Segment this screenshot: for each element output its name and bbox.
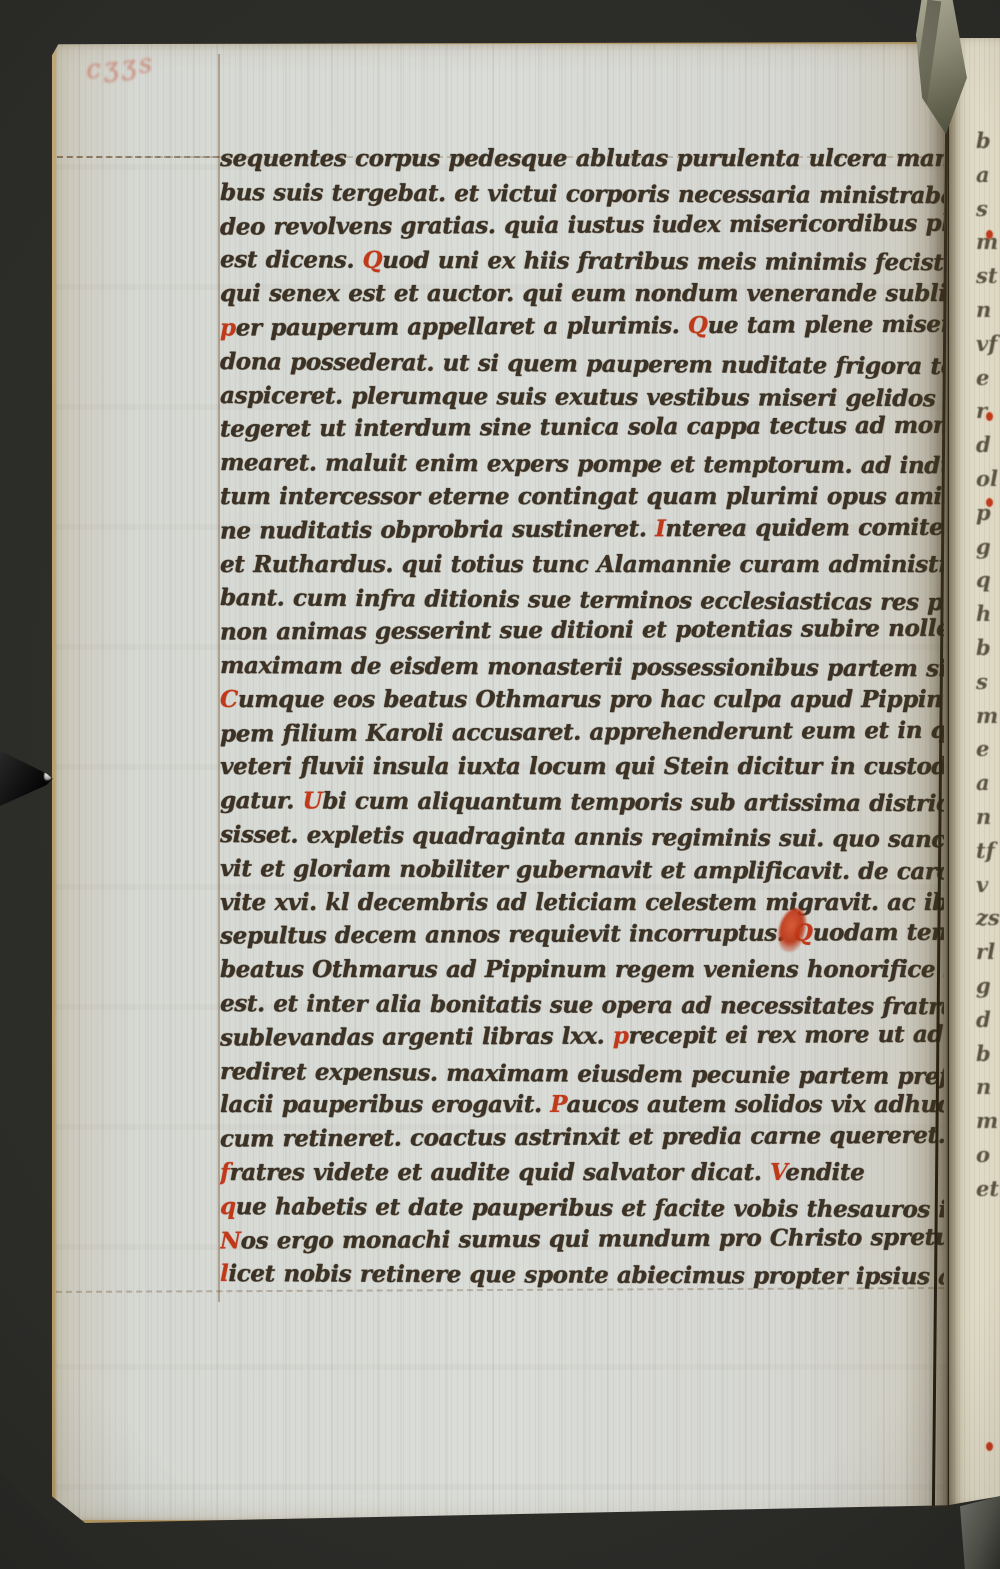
rubricated-initial: Q bbox=[363, 247, 383, 274]
manuscript-line: vit et gloriam nobiliter gubernavit et a… bbox=[220, 852, 944, 889]
page-holder-tip bbox=[0, 748, 58, 806]
photo-background: cʒʒs sequentes corpus pedesque ablutas p… bbox=[0, 0, 1000, 1569]
manuscript-line: sublevandas argenti libras lxx. precepit… bbox=[220, 1017, 944, 1055]
manuscript-line: rediret expensus. maximam eiusdem pecuni… bbox=[220, 1055, 944, 1094]
manuscript-line: sepultus decem annos requievit incorrupt… bbox=[220, 916, 944, 954]
book-gutter-shadow bbox=[903, 40, 949, 1508]
facing-page-rubric-dot bbox=[986, 412, 993, 421]
manuscript-line: Cumque eos beatus Othmarus pro hac culpa… bbox=[220, 683, 944, 717]
manuscript-line: Nos ergo monachi sumus qui mundum pro Ch… bbox=[220, 1220, 944, 1258]
rubricated-initial: N bbox=[220, 1227, 241, 1254]
rubricated-initial: q bbox=[220, 1193, 236, 1220]
manuscript-line: mearet. maluit enim expers pompe et temp… bbox=[220, 446, 944, 483]
rubricated-initial: I bbox=[655, 515, 666, 542]
manuscript-line: per pauperum appellaret a plurimis. Que … bbox=[220, 308, 944, 346]
manuscript-line: fratres videte et audite quid salvator d… bbox=[220, 1156, 944, 1190]
manuscript-line: qui senex est et auctor. qui eum nondum … bbox=[220, 277, 944, 311]
manuscript-page: cʒʒs sequentes corpus pedesque ablutas p… bbox=[52, 42, 948, 1523]
facing-page-rubric-dot bbox=[986, 1442, 993, 1451]
manuscript-line: beatus Othmarus ad Pippinum regem venien… bbox=[220, 953, 944, 987]
ruling-horizontal-top-margin bbox=[57, 156, 219, 158]
manuscript-line: pem filium Karoli accusaret. apprehender… bbox=[220, 713, 944, 751]
manuscript-line: ne nuditatis obprobria sustineret. Inter… bbox=[220, 510, 944, 548]
facing-page-text-glimpse: basmstnvferdolpgqhbsmeantfvzsrlgdbnmoet bbox=[976, 124, 1000, 1206]
manuscript-line: sequentes corpus pedesque ablutas purule… bbox=[220, 142, 944, 176]
manuscript-line: deo revolvens gratias. quia iustus iudex… bbox=[220, 206, 944, 244]
rubricated-initial: p bbox=[613, 1022, 629, 1049]
manuscript-line: gatur. Ubi cum aliquantum temporis sub a… bbox=[220, 784, 944, 821]
page-holder-glint bbox=[44, 770, 52, 782]
manuscript-line: non animas gesserint sue ditioni et pote… bbox=[220, 612, 944, 650]
manuscript-line: et Ruthardus. qui totius tunc Alamannie … bbox=[220, 548, 944, 582]
facing-page-rubric-dot bbox=[986, 498, 993, 507]
rubricated-initial: U bbox=[303, 788, 323, 815]
manuscript-line: tegeret ut interdum sine tunica sola cap… bbox=[220, 409, 944, 447]
rubricated-initial: V bbox=[770, 1159, 785, 1186]
text-block: sequentes corpus pedesque ablutas purule… bbox=[220, 142, 944, 1291]
manuscript-line: maximam de eisdem monasterii possessioni… bbox=[220, 649, 944, 686]
manuscript-line: licet nobis retinere que sponte abiecimu… bbox=[220, 1257, 944, 1294]
manuscript-line: lacii pauperibus erogavit. Paucos autem … bbox=[220, 1088, 944, 1122]
rubricated-initial: P bbox=[550, 1091, 566, 1118]
rubricated-initial: C bbox=[220, 686, 238, 713]
manuscript-line: est dicens. Quod uni ex hiis fratribus m… bbox=[220, 243, 944, 280]
facing-page-edge: basmstnvferdolpgqhbsmeantfvzsrlgdbnmoet bbox=[949, 38, 1000, 1505]
rubricated-initial: f bbox=[220, 1159, 230, 1186]
manuscript-line: vite xvi. kl decembris ad leticiam celes… bbox=[220, 886, 944, 920]
book-edge-corner bbox=[960, 1496, 1000, 1569]
manuscript-line: dona possederat. ut si quem pauperem nud… bbox=[220, 345, 944, 384]
rubricated-initial: Q bbox=[688, 312, 708, 339]
rubricated-initial: p bbox=[220, 314, 236, 341]
rubricated-initial: l bbox=[220, 1260, 228, 1287]
manuscript-line: sisset. expletis quadraginta annis regim… bbox=[220, 818, 944, 857]
facing-page-rubric-dot bbox=[986, 230, 993, 239]
manuscript-line: veteri fluvii insula iuxta locum qui Ste… bbox=[220, 750, 944, 784]
manuscript-line: cum retineret. coactus astrinxit et pred… bbox=[220, 1119, 944, 1157]
manuscript-line: tum intercessor eterne contingat quam pl… bbox=[220, 480, 944, 514]
